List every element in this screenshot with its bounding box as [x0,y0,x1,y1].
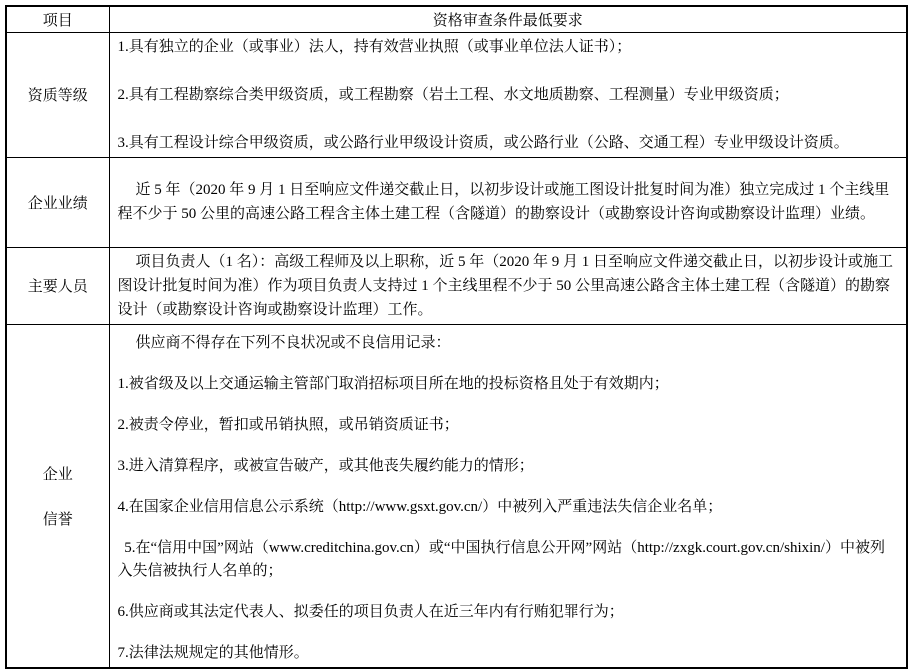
reputation-item-2: 2.被责令停业，暂扣或吊销执照，或吊销资质证书； [118,414,897,437]
reputation-label-line1: 企业 [43,463,73,484]
header-item-column: 项目 [6,6,109,32]
key-personnel-requirements: 项目负责人（1 名）：高级工程师及以上职称，近 5 年（2020 年 9 月 1… [109,247,907,324]
enterprise-reputation-label: 企业 信誉 [6,324,109,668]
reputation-item-7: 7.法律法规规定的其他情形。 [118,642,897,665]
table-row-key-personnel: 主要人员 项目负责人（1 名）：高级工程师及以上职称，近 5 年（2020 年 … [6,247,907,324]
qualification-level-label: 资质等级 [6,32,109,157]
qualification-item-2: 2.具有工程勘察综合类甲级资质，或工程勘察（岩土工程、水文地质勘察、工程测量）专… [118,83,897,107]
table-row-enterprise-performance: 企业业绩 近 5 年（2020 年 9 月 1 日至响应文件递交截止日，以初步设… [6,157,907,247]
reputation-item-1: 1.被省级及以上交通运输主管部门取消招标项目所在地的投标资格且处于有效期内； [118,373,897,396]
performance-paragraph: 近 5 年（2020 年 9 月 1 日至响应文件递交截止日，以初步设计或施工图… [118,178,897,226]
qualification-item-3: 3.具有工程设计综合甲级资质，或公路行业甲级设计资质，或公路行业（公路、交通工程… [118,131,897,155]
enterprise-reputation-requirements: 供应商不得存在下列不良状况或不良信用记录： 1.被省级及以上交通运输主管部门取消… [109,324,907,668]
enterprise-performance-requirements: 近 5 年（2020 年 9 月 1 日至响应文件递交截止日，以初步设计或施工图… [109,157,907,247]
enterprise-performance-label: 企业业绩 [6,157,109,247]
header-requirements-column: 资格审查条件最低要求 [109,6,907,32]
reputation-item-5: 5.在“信用中国”网站（www.creditchina.gov.cn）或“中国执… [118,537,897,583]
table-row-qualification-level: 资质等级 1.具有独立的企业（或事业）法人，持有效营业执照（或事业单位法人证书）… [6,32,907,157]
table-row-enterprise-reputation: 企业 信誉 供应商不得存在下列不良状况或不良信用记录： 1.被省级及以上交通运输… [6,324,907,668]
reputation-label-line2: 信誉 [43,508,73,529]
key-personnel-label: 主要人员 [6,247,109,324]
qualification-item-1: 1.具有独立的企业（或事业）法人，持有效营业执照（或事业单位法人证书）； [118,35,897,59]
qualification-review-table: 项目 资格审查条件最低要求 资质等级 1.具有独立的企业（或事业）法人，持有效营… [5,5,908,669]
reputation-label-stack: 企业 信誉 [11,325,105,667]
reputation-intro: 供应商不得存在下列不良状况或不良信用记录： [118,332,897,355]
table-header-row: 项目 资格审查条件最低要求 [6,6,907,32]
reputation-item-4: 4.在国家企业信用信息公示系统（http://www.gsxt.gov.cn/）… [118,496,897,519]
qualification-level-requirements: 1.具有独立的企业（或事业）法人，持有效营业执照（或事业单位法人证书）； 2.具… [109,32,907,157]
reputation-item-3: 3.进入清算程序，或被宣告破产，或其他丧失履约能力的情形； [118,455,897,478]
reputation-item-6: 6.供应商或其法定代表人、拟委任的项目负责人在近三年内有行贿犯罪行为； [118,601,897,624]
personnel-paragraph: 项目负责人（1 名）：高级工程师及以上职称，近 5 年（2020 年 9 月 1… [118,250,897,322]
